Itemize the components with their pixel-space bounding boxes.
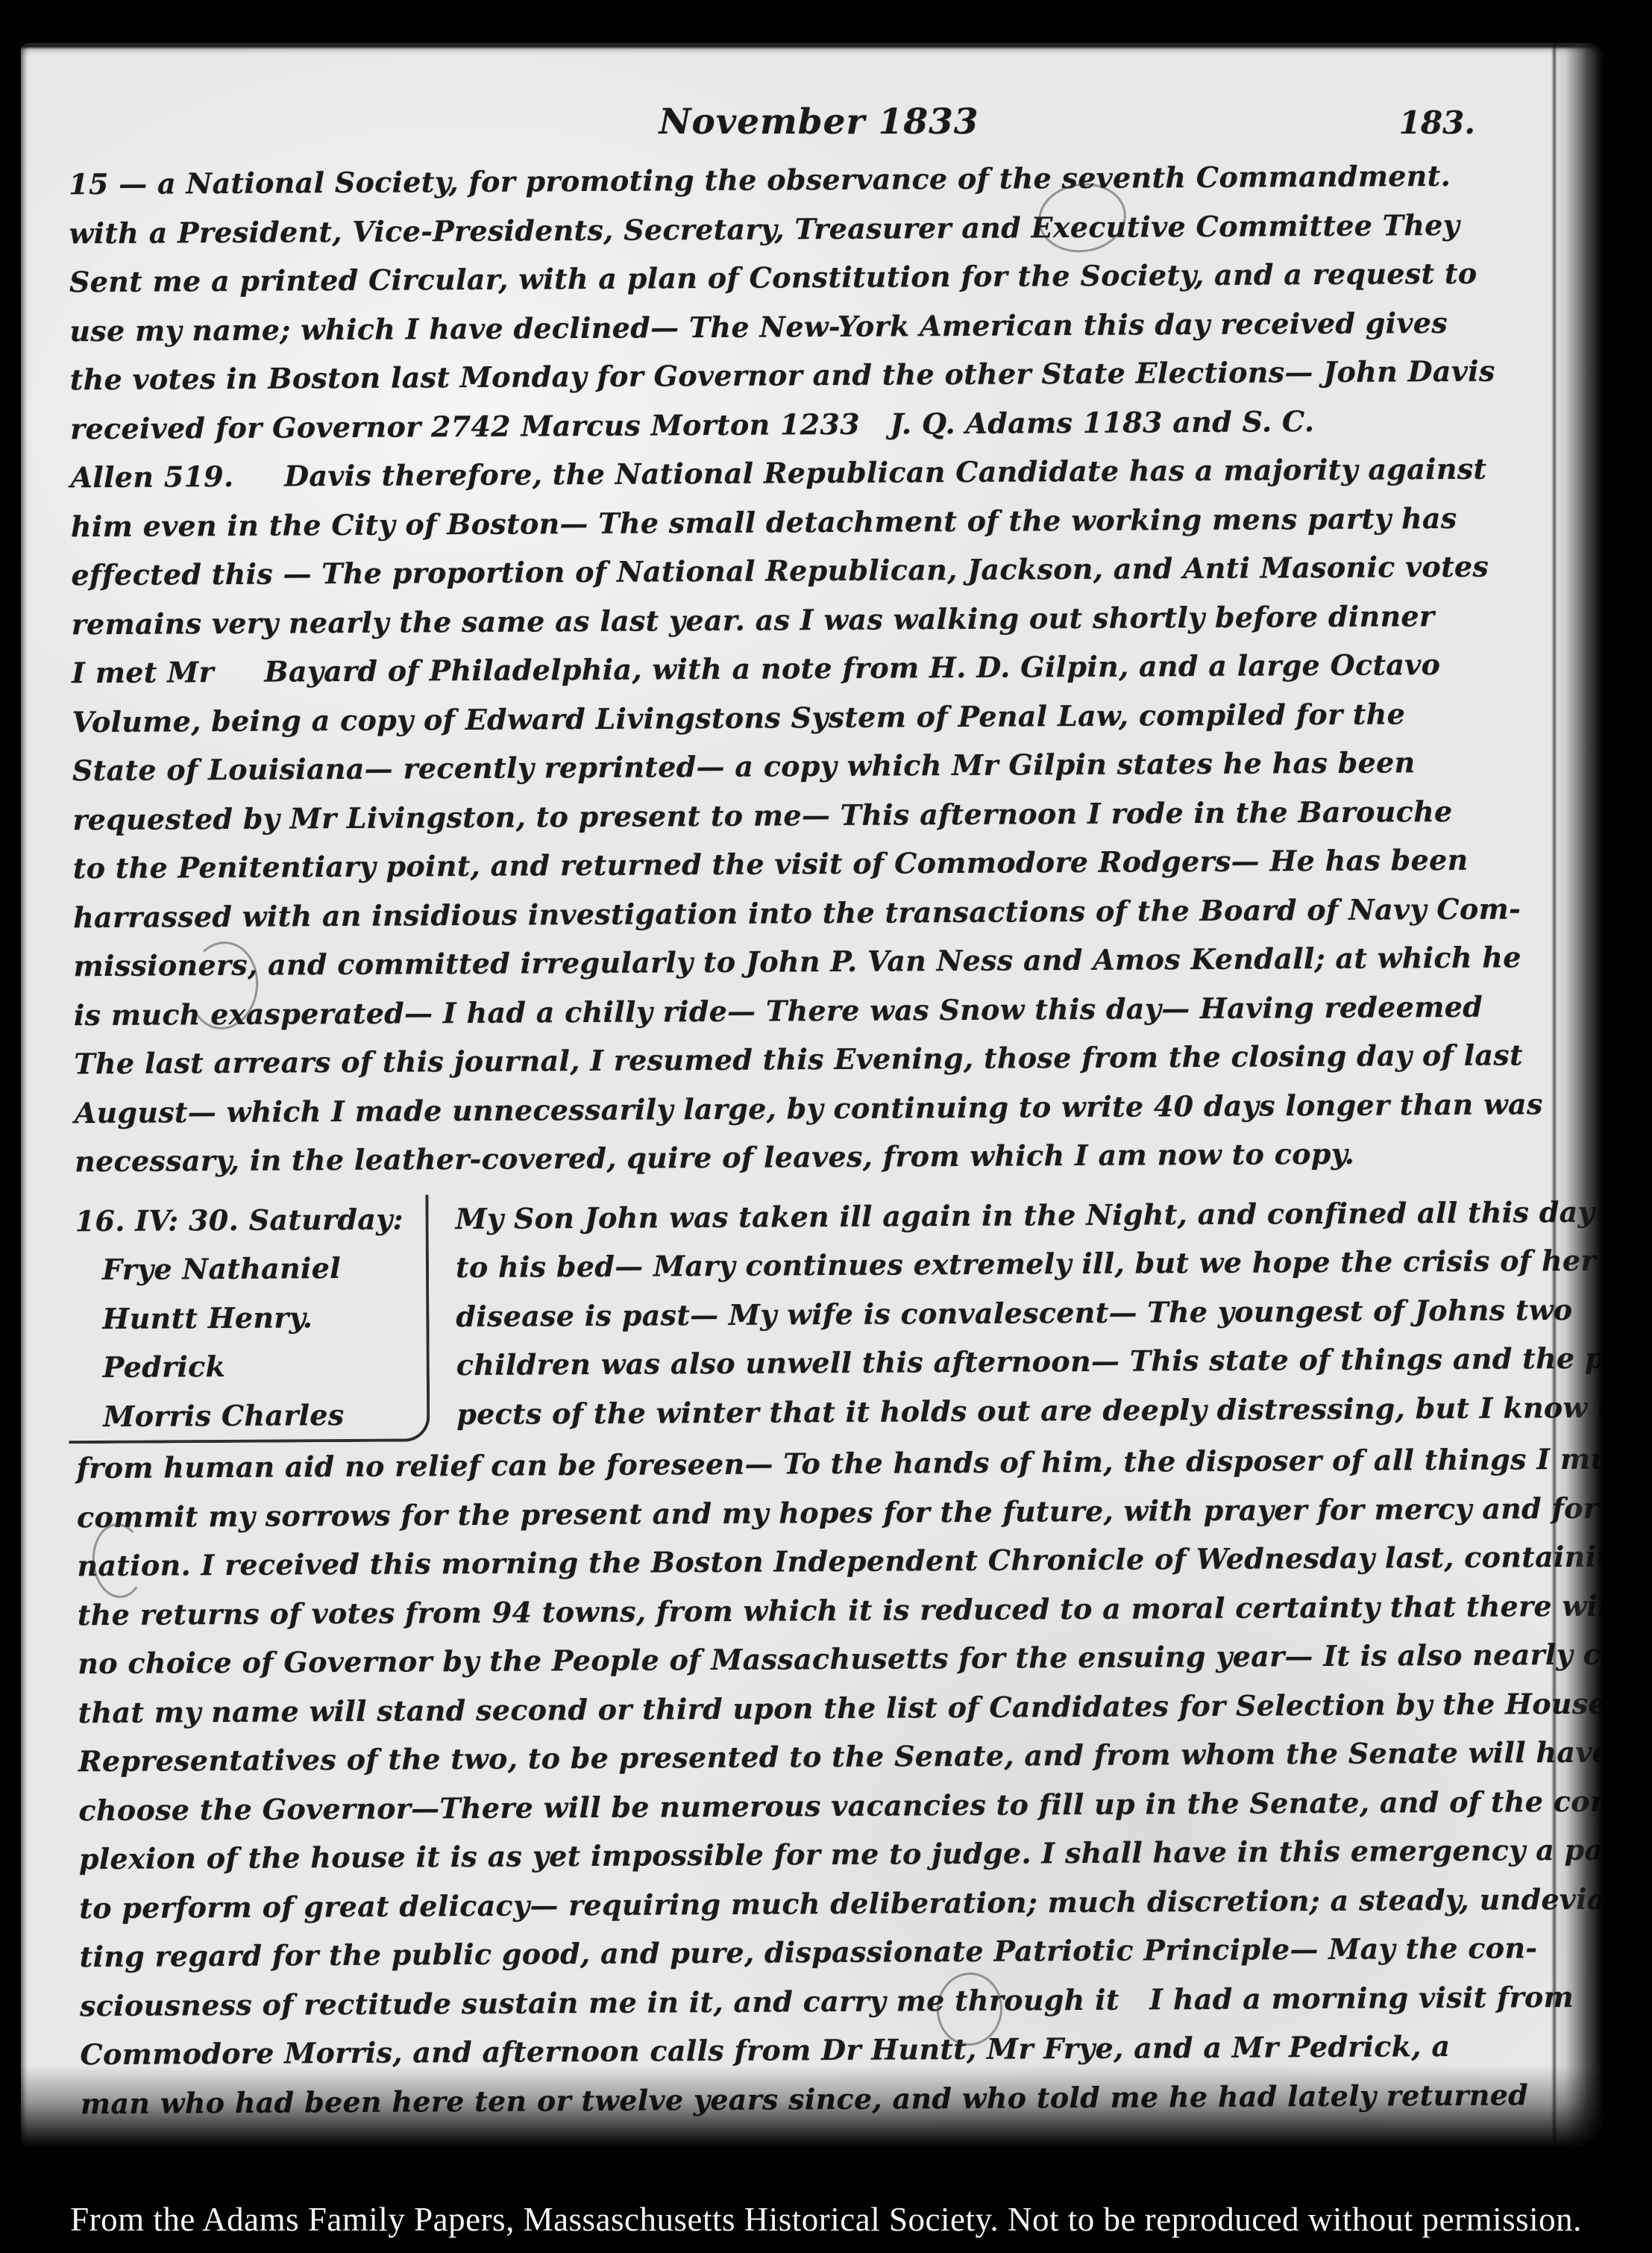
manuscript-line: nation. I received this morning the Bost… [77,1532,1595,1591]
manuscript-line: received for Governor 2742 Marcus Morton… [70,395,1588,453]
manuscript-line: commit my sorrows for the present and my… [77,1483,1595,1541]
manuscript-line: remains very nearly the same as last yea… [72,590,1589,648]
manuscript-line: Representatives of the two, to be presen… [78,1728,1596,1786]
margin-name: Morris Charles [76,1390,427,1441]
manuscript-line: ting regard for the public good, and pur… [79,1923,1597,1981]
manuscript-line: necessary, in the leather-covered, quire… [75,1128,1592,1186]
manuscript-line: disease is past— My wife is convalescent… [456,1285,1604,1341]
scanned-document-view: { "page": { "heading": "November 1833", … [0,0,1652,2253]
manuscript-line: the returns of votes from 94 towns, from… [78,1581,1595,1639]
page-header: November 1833 183. [73,101,1565,149]
page-number: 183. [1399,104,1475,141]
manuscript-line: August— which I made unnecessarily large… [75,1079,1592,1137]
manuscript-line: use my name; which I have declined— The … [69,297,1587,355]
margin-name: Pedrick [76,1341,427,1391]
entry16-date-line: 16. IV: 30. Saturday: [75,1194,425,1245]
book-gutter-shadow [1550,43,1604,2147]
page-bottom-shadow [21,2065,1604,2147]
manuscript-line: from human aid no relief can be foreseen… [76,1435,1594,1493]
manuscript-line: to perform of great delicacy— requiring … [79,1874,1597,1932]
manuscript-line: Sent me a printed Circular, with a plan … [69,248,1587,307]
margin-names-box: 16. IV: 30. Saturday: Frye Nathaniel Hun… [67,1194,430,1444]
entry16-side-text: My Son John was taken ill again in the N… [428,1187,1604,1442]
manuscript-line: him even in the City of Boston— The smal… [71,492,1589,551]
manuscript-line: missioners, and committed irregularly to… [73,933,1591,991]
manuscript-line: harrassed with an insidious investigatio… [73,883,1591,941]
archive-caption-text: From the Adams Family Papers, Massaschus… [70,2200,1582,2239]
manuscript-line: I met Mr Bayard of Philadelphia, with a … [72,639,1589,698]
entry-date-heading: November 1833 [73,101,1565,142]
margin-name: Huntt Henry. [75,1292,426,1343]
manuscript-line: that my name will stand second or third … [78,1679,1595,1737]
manuscript-line: with a President, Vice-Presidents, Secre… [69,199,1586,257]
manuscript-page: November 1833 183. 15 — a National Socie… [21,43,1604,2147]
manuscript-line: the votes in Boston last Monday for Gove… [70,346,1588,404]
page-top-edge-shadow [21,43,1604,48]
manuscript-line: The last arrears of this journal, I resu… [74,1030,1592,1088]
archive-caption-bar: From the Adams Family Papers, Massaschus… [0,2186,1652,2253]
manuscript-line: to his bed— Mary continues extremely ill… [456,1235,1604,1291]
manuscript-line: 15 — a National Society, for promoting t… [69,151,1586,209]
manuscript-line: Volume, being a copy of Edward Livingsto… [72,688,1589,746]
manuscript-line: pects of the winter that it holds out ar… [456,1382,1604,1438]
manuscript-line: State of Louisiana— recently reprinted— … [72,737,1590,795]
manuscript-line: choose the Governor—There will be numero… [78,1776,1596,1834]
margin-name: Frye Nathaniel [75,1243,426,1294]
manuscript-line: no choice of Governor by the People of M… [78,1630,1595,1688]
entry16-header-block: 16. IV: 30. Saturday: Frye Nathaniel Hun… [75,1187,1594,1444]
manuscript-line: plexion of the house it is as yet imposs… [79,1826,1597,1884]
manuscript-line: children was also unwell this afternoon—… [456,1333,1604,1389]
manuscript-line: Allen 519. Davis therefore, the National… [70,444,1588,502]
manuscript-line: to the Penitentiary point, and returned … [73,835,1591,893]
manuscript-line: is much exasperated— I had a chilly ride… [74,981,1592,1039]
manuscript-line: My Son John was taken ill again in the N… [455,1187,1604,1243]
manuscript-text-block: 15 — a National Society, for promoting t… [69,151,1598,2128]
manuscript-line: sciousness of rectitude sustain me in it… [80,1972,1598,2030]
manuscript-line: requested by Mr Livingston, to present t… [72,786,1590,844]
manuscript-line: effected this — The proportion of Nation… [71,542,1589,600]
